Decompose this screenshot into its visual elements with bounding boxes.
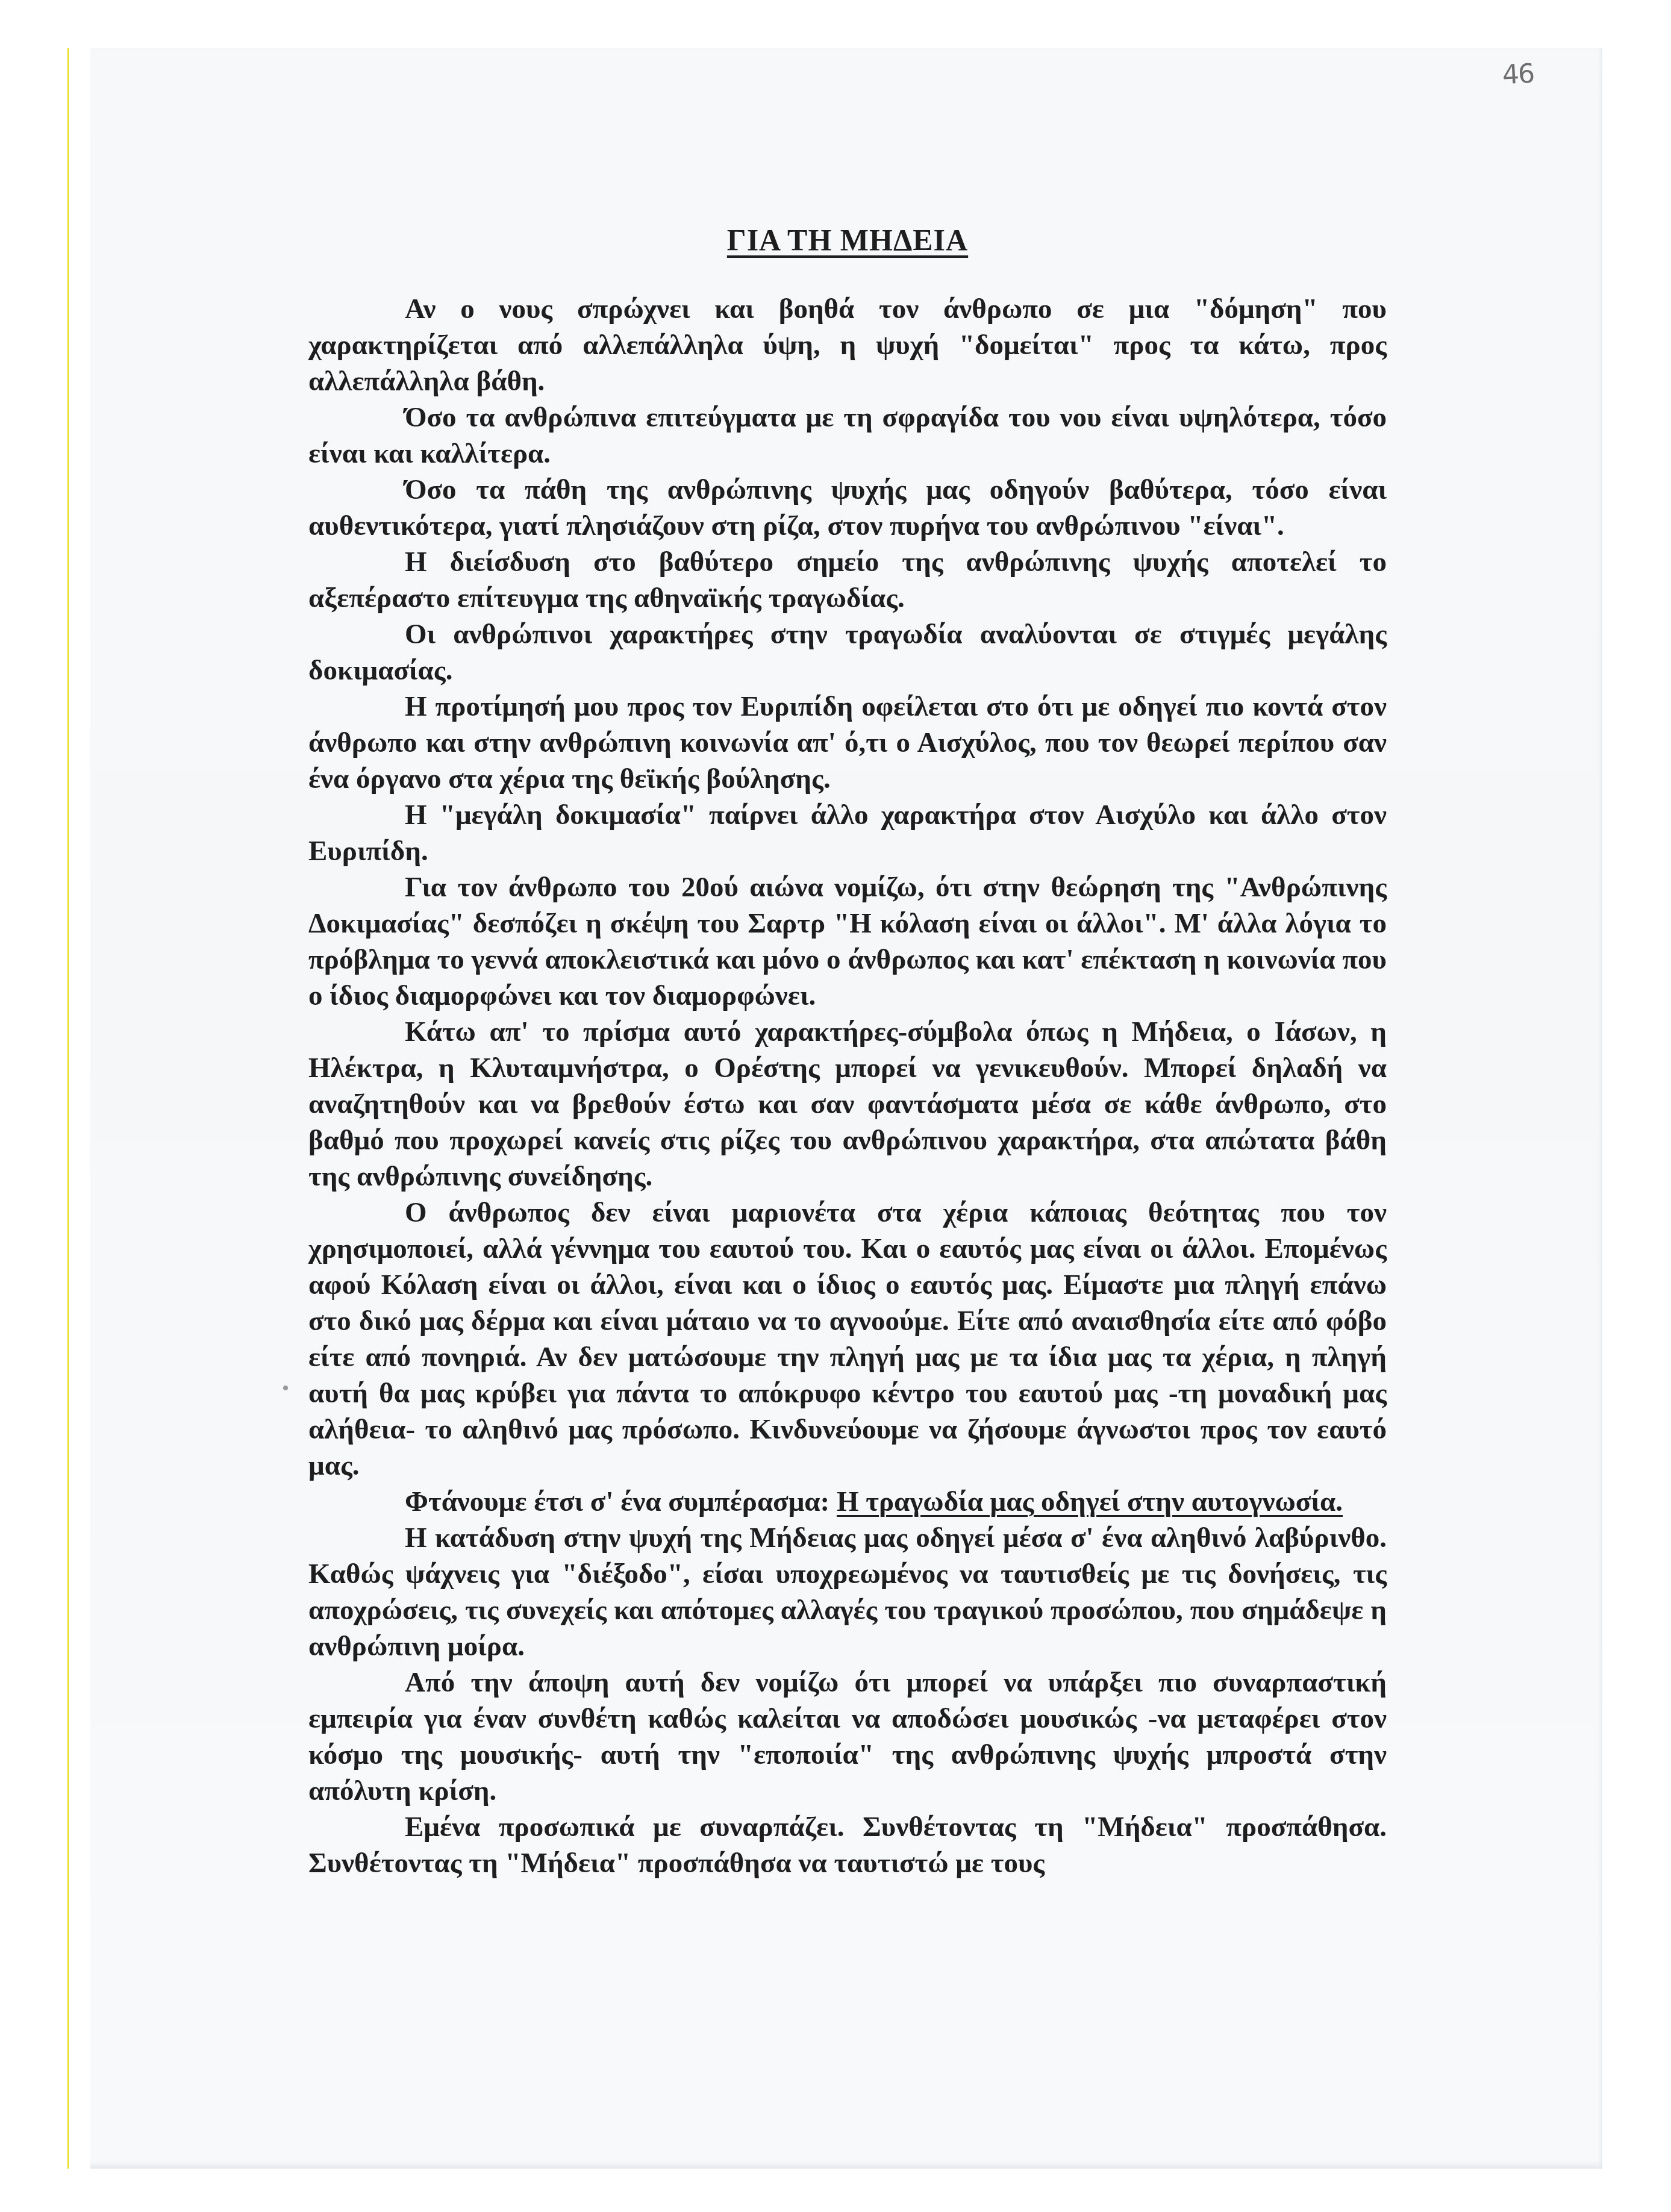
paragraph-10: Ο άνθρωπος δεν είναι μαριονέτα στα χέρια…: [308, 1195, 1387, 1484]
paragraph-2: Όσο τα ανθρώπινα επιτεύγματα με τη σφραγ…: [308, 399, 1387, 472]
document-title: ΓΙΑ ΤΗ ΜΗΔΕΙΑ: [308, 222, 1387, 258]
paragraph-13: Από την άποψη αυτή δεν νομίζω ότι μπορεί…: [308, 1664, 1387, 1809]
paragraph-8: Για τον άνθρωπο του 20ού αιώνα νομίζω, ό…: [308, 869, 1387, 1014]
paragraph-3: Όσο τα πάθη της ανθρώπινης ψυχής μας οδη…: [308, 472, 1387, 544]
document-body: ΓΙΑ ΤΗ ΜΗΔΕΙΑ Αν ο νους σπρώχνει και βοη…: [308, 222, 1387, 1881]
paragraph-14: Εμένα προσωπικά με συναρπάζει. Συνθέτοντ…: [308, 1809, 1387, 1881]
paragraph-4: Η διείσδυση στο βαθύτερο σημείο της ανθρ…: [308, 544, 1387, 616]
paragraph-6: Η προτίμησή μου προς τον Ευριπίδη οφείλε…: [308, 689, 1387, 797]
margin-dot-mark: [283, 1386, 288, 1390]
paragraph-7: Η "μεγάλη δοκιμασία" παίρνει άλλο χαρακτ…: [308, 797, 1387, 869]
paragraph-9: Κάτω απ' το πρίσμα αυτό χαρακτήρες-σύμβο…: [308, 1014, 1387, 1195]
scan-edge-line: [67, 48, 69, 2169]
handwritten-page-number: 46: [1502, 58, 1535, 91]
paragraph-1: Αν ο νους σπρώχνει και βοηθά τον άνθρωπο…: [308, 291, 1387, 399]
paragraph-5: Οι ανθρώπινοι χαρακτήρες στην τραγωδία α…: [308, 616, 1387, 689]
conclusion-lead-text: Φτάνουμε έτσι σ' ένα συμπέρασμα:: [405, 1486, 837, 1517]
paragraph-12: Η κατάδυση στην ψυχή της Μήδειας μας οδη…: [308, 1520, 1387, 1664]
paragraph-11-conclusion: Φτάνουμε έτσι σ' ένα συμπέρασμα: Η τραγω…: [308, 1484, 1387, 1520]
conclusion-underlined-text: Η τραγωδία μας οδηγεί στην αυτογνωσία.: [837, 1486, 1343, 1517]
